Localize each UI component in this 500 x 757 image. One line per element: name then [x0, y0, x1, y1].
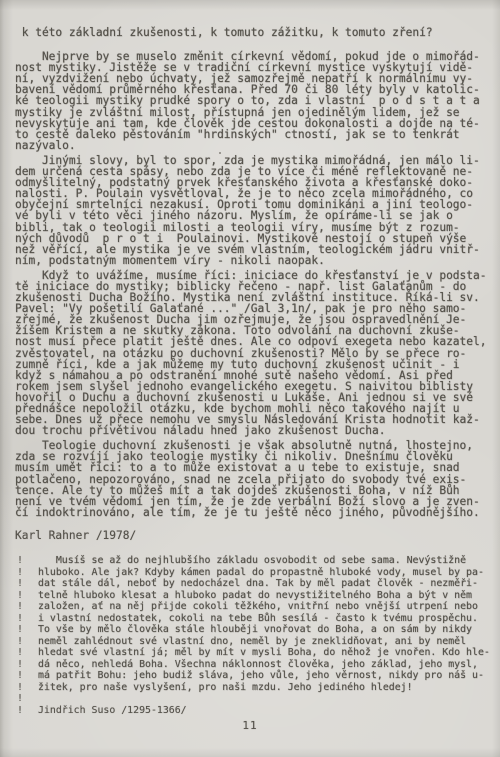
attribution-jindrich-suso: Jindřich Suso /1295-1366/ — [38, 705, 500, 717]
ink-speck — [219, 152, 221, 154]
paragraph-1: Nejprve by se muselo změnit církevní věd… — [15, 51, 500, 151]
page-body: k této základní zkušenosti, k tomuto záž… — [15, 27, 500, 716]
quote-text: Musíš se až do nejhlubšího základu osvob… — [38, 555, 500, 693]
quoted-passage-block: ! ! ! ! ! ! ! ! ! ! ! ! ! ! Musíš se až … — [15, 555, 500, 716]
attribution-karl-rahner: Karl Rahner /1978/ — [15, 530, 500, 541]
paragraph-2: Jinými slovy, byl to spor, zda je mystik… — [15, 155, 500, 266]
paragraph-4: Teologie duchovní zkušenosti je však abs… — [15, 440, 500, 518]
paragraph-3: Když to uvážíme, musíme říci: iniciace d… — [15, 270, 500, 436]
margin-emphasis-marks: ! ! ! ! ! ! ! ! ! ! ! ! ! ! — [15, 555, 38, 716]
page-number: 11 — [0, 719, 500, 732]
paragraph-intro-continuation: k této základní zkušenosti, k tomuto záž… — [15, 27, 500, 38]
scanned-typewritten-page: k této základní zkušenosti, k tomuto záž… — [0, 0, 500, 757]
quote-column: Musíš se až do nejhlubšího základu osvob… — [38, 555, 500, 716]
